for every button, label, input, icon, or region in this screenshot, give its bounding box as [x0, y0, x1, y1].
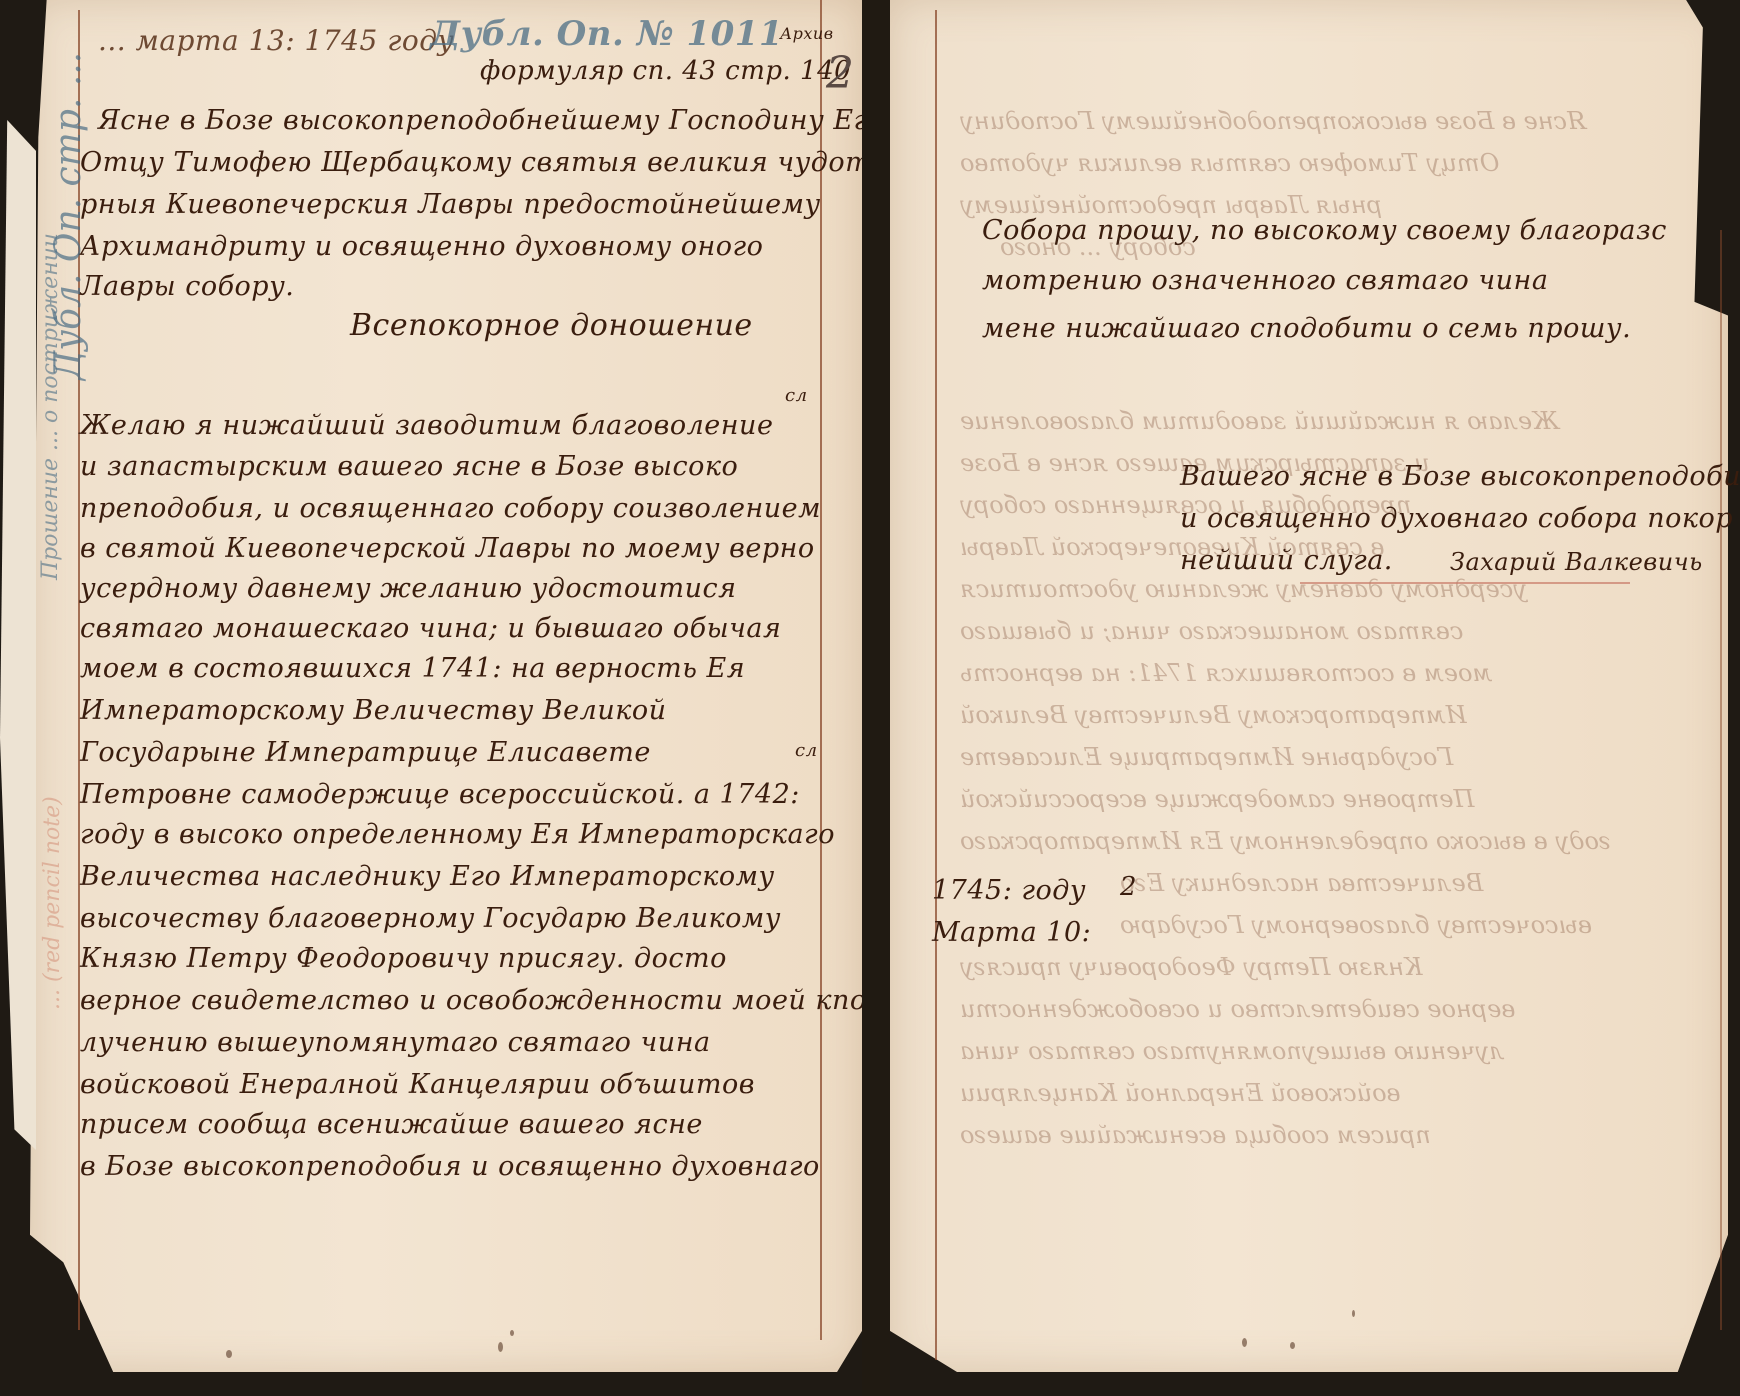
body-line: Государыне Императрице Елисавете [80, 732, 651, 774]
book-gutter [862, 0, 890, 1396]
continuation-line: мене нижайшаго сподобити о семь прошу. [982, 308, 1631, 350]
margin-annotation-red: ... (red pencil note) [40, 796, 65, 1010]
address-line: рныя Киевопечерския Лавры предостойнейше… [80, 184, 821, 226]
superscript-note: сл [795, 740, 818, 761]
body-line: святаго монашескаго чина; и бывшаго обыч… [80, 608, 781, 650]
right-page-right-rule [1720, 230, 1722, 1330]
right-page-left-rule [935, 10, 937, 1360]
document-title: Всепокорное доношение [350, 308, 753, 343]
signature: Захарий Валкевичь [1450, 548, 1703, 576]
address-line: Отцу Тимофею Щербацкому святыя великия ч… [80, 142, 904, 184]
binding-strip [0, 120, 36, 1150]
body-line: присем сообща всенижайше вашего ясне [80, 1104, 703, 1146]
body-line: преподобия, и освященнаго собору соизвол… [80, 488, 821, 530]
body-line: и запастырским вашего ясне в Бозе высоко [80, 446, 738, 488]
address-line: Лавры собору. [80, 266, 294, 308]
body-line: усердному давнему желанию удостоитися [80, 568, 737, 610]
archive-stamp: Дубл. Оп. № 1011 [430, 14, 783, 54]
continuation-line: мотрению означенного святаго чина [982, 260, 1548, 302]
closing-line: Вашего ясне в Бозе высокопреподобия [1180, 456, 1740, 498]
dating-year: 1745: году [932, 870, 1086, 912]
body-line: Желаю я нижайший заводитим благоволение [80, 405, 773, 447]
date-note: ... марта 13: 1745 году [98, 24, 454, 57]
archive-abbrev: Архив [780, 24, 834, 43]
body-line: в Бозе высокопреподобия и освященно духо… [80, 1146, 820, 1188]
body-line: Величества наследнику Его Императорскому [80, 856, 775, 898]
folio-mark: 2 [1120, 872, 1137, 902]
margin-annotation-blue-lower: Прошение ... о пострижении [38, 233, 63, 580]
body-line: моем в состоявшихся 1741: на верность Ея [80, 648, 745, 690]
superscript-note: сл [785, 385, 808, 406]
body-line: Петровне самодержице всероссийской. а 17… [80, 774, 800, 816]
body-line: верное свидетелство и освобожденности мо… [80, 980, 867, 1022]
dating-day: Марта 10: [932, 912, 1091, 954]
body-line: году в высоко определенному Ея Император… [80, 814, 835, 856]
body-line: войсковой Енералной Канцелярии объшитов [80, 1064, 755, 1106]
body-line: в святой Киевопечерской Лавры по моему в… [80, 528, 815, 570]
continuation-line: Собора прошу, по высокому своему благора… [982, 210, 1667, 252]
signature-underline [1300, 582, 1630, 584]
formular-note: формуляр сп. 43 стр. 140 [480, 56, 851, 86]
folio-number: 2 [826, 48, 855, 99]
closing-line: и освященно духовнаго собора покор [1180, 498, 1733, 540]
body-line: лучению вышеупомянутаго святаго чина [80, 1022, 711, 1064]
body-line: Князю Петру Феодоровичу присягу. досто [80, 938, 727, 980]
body-line: высочеству благоверному Государю Великом… [80, 898, 781, 940]
address-line: Архимандриту и освященно духовному оного [80, 226, 763, 268]
closing-line: нейший слуга. [1180, 540, 1393, 582]
body-line: Императорскому Величеству Великой [80, 690, 666, 732]
